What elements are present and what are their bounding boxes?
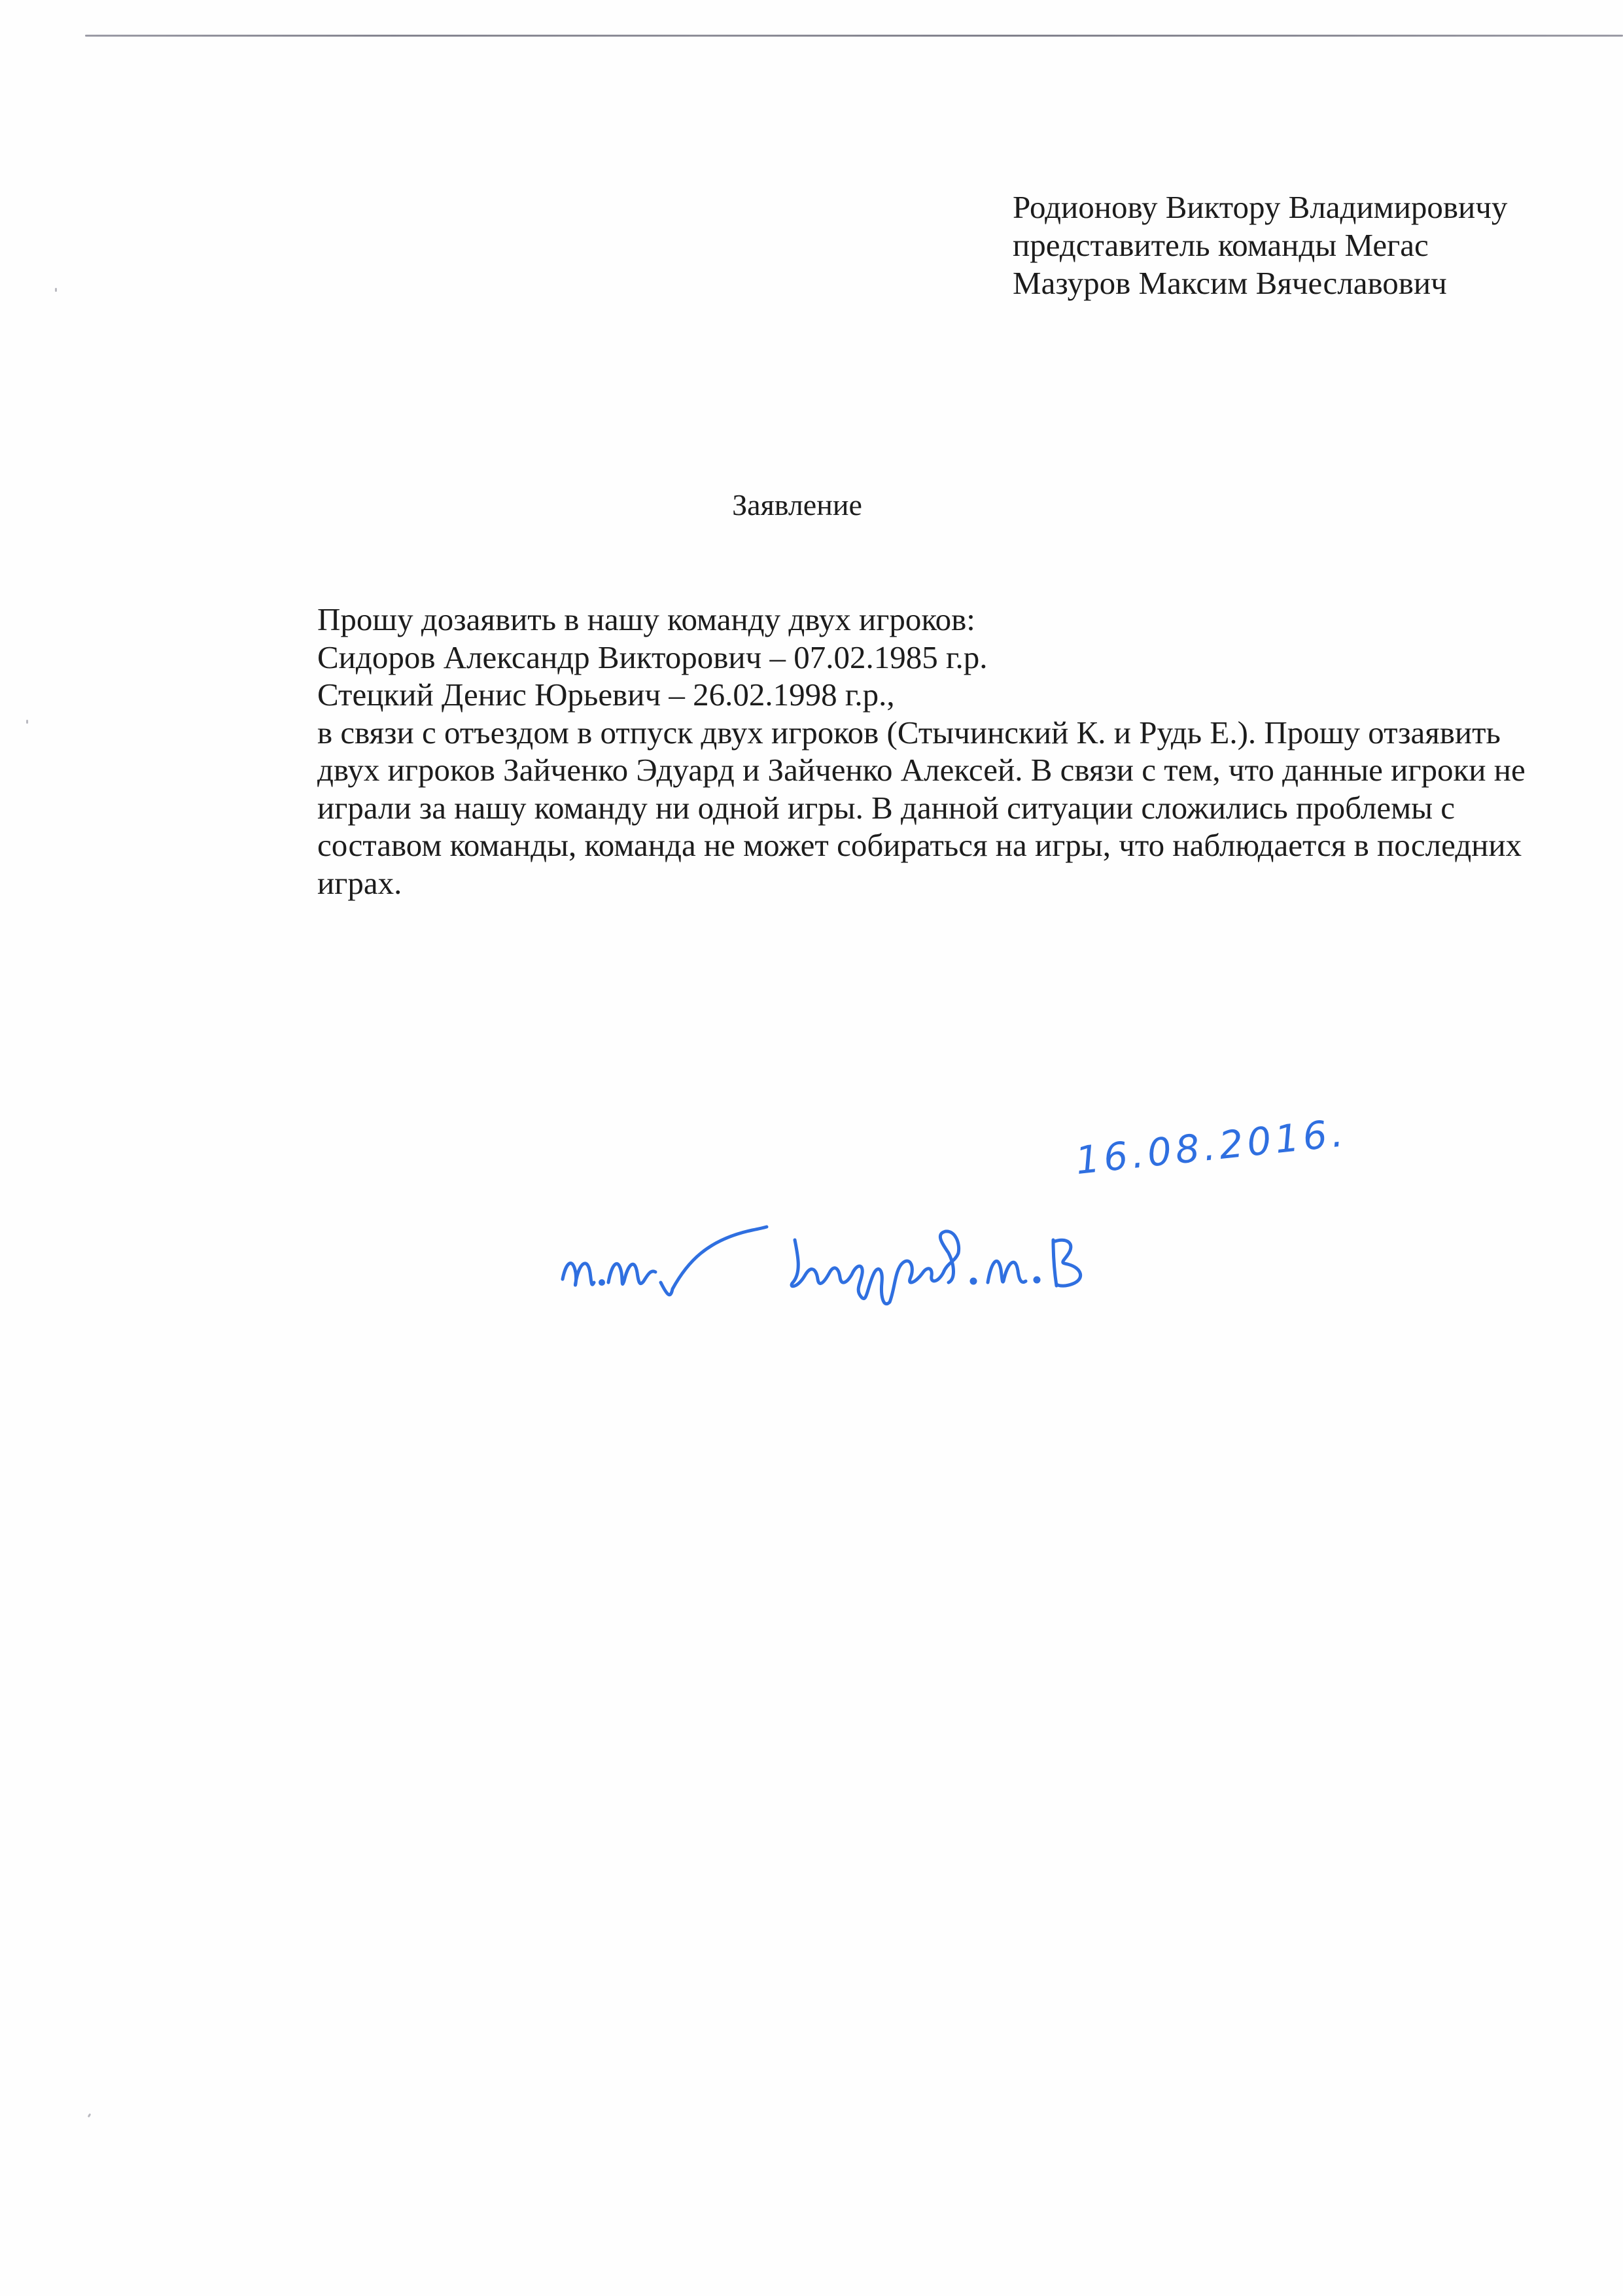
document-page: Родионову Виктору Владимировичу представ…	[0, 0, 1623, 2296]
document-body: Прошу дозаявить в нашу команду двух игро…	[317, 601, 1526, 902]
body-line: играли за нашу команду ни одной игры. В …	[317, 789, 1526, 827]
addressee-line: представитель команды Мегас	[1013, 226, 1507, 264]
body-line: в связи с отъездом в отпуск двух игроков…	[317, 714, 1526, 752]
document-title-row: Заявление	[0, 486, 1623, 525]
body-line: Сидоров Александр Викторович – 07.02.198…	[317, 639, 1526, 677]
body-line: Прошу дозаявить в нашу команду двух игро…	[317, 601, 1526, 639]
addressee-line: Мазуров Максим Вячеславович	[1013, 264, 1507, 302]
scan-edge-line	[85, 35, 1623, 37]
body-line: составом команды, команда не может собир…	[317, 826, 1526, 864]
scan-speck	[26, 720, 28, 724]
document-title: Заявление	[732, 486, 862, 525]
body-line: Стецкий Денис Юрьевич – 26.02.1998 г.р.,	[317, 676, 1526, 714]
body-line: играх.	[317, 864, 1526, 902]
body-line: двух игроков Зайченко Эдуард и Зайченко …	[317, 751, 1526, 789]
signature-icon	[536, 1191, 1256, 1322]
handwritten-signature: Мазуров М.В	[536, 1191, 1256, 1322]
scan-speck	[88, 2113, 92, 2118]
addressee-block: Родионову Виктору Владимировичу представ…	[1013, 188, 1507, 302]
handwritten-date: 16.08.2016.	[1073, 1110, 1349, 1183]
scan-speck	[55, 288, 57, 292]
addressee-line: Родионову Виктору Владимировичу	[1013, 188, 1507, 226]
